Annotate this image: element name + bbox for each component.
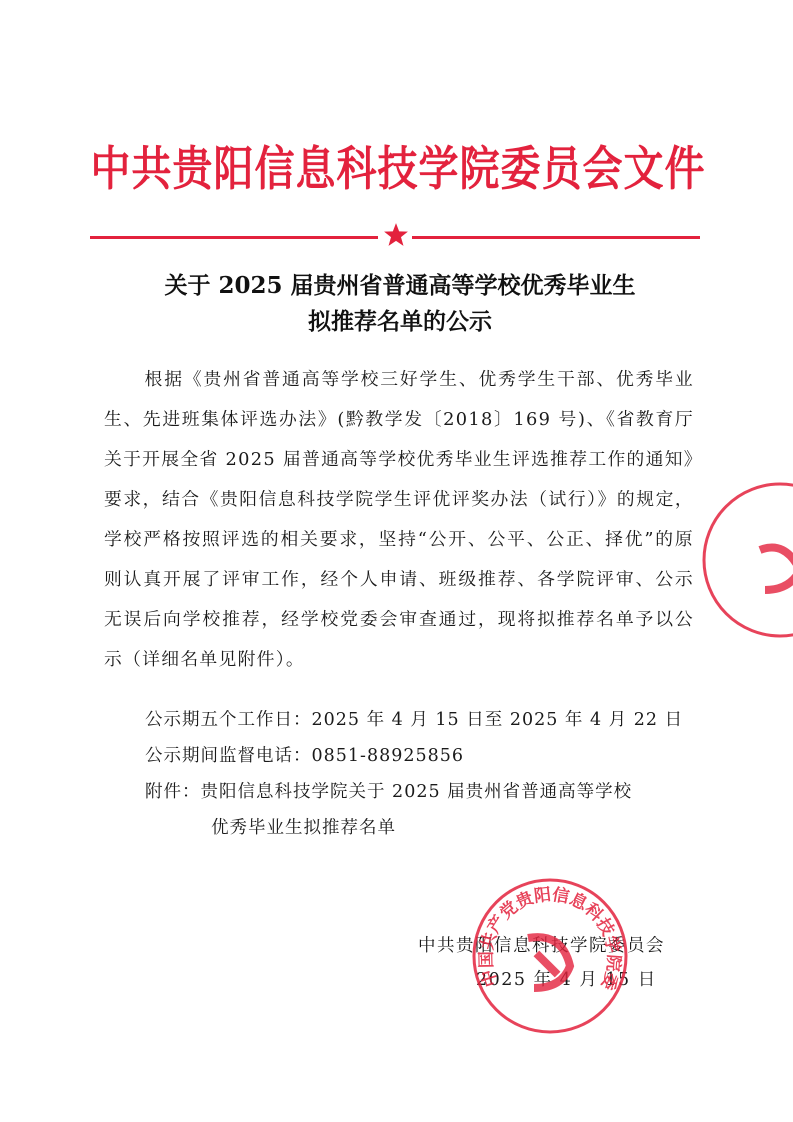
attachment-line1: 附件：贵阳信息科技学院关于 2025 届贵州省普通高等学校: [145, 778, 632, 806]
masthead-title: 中共贵阳信息科技学院委员会文件: [90, 132, 706, 208]
divider-line-right: [412, 236, 700, 239]
body-paragraph: 根据《贵州省普通高等学校三好学生、优秀学生干部、优秀毕业生、先进班集体评选办法》…: [104, 360, 694, 680]
signature-date: 2025 年 4 月 15 日: [476, 966, 657, 991]
document-title-line1: 关于 2025 届贵州省普通高等学校优秀毕业生: [100, 268, 700, 304]
attachment-line2: 优秀毕业生拟推荐名单: [211, 814, 396, 842]
party-seal-side-icon: [700, 480, 793, 640]
document-title-line2: 拟推荐名单的公示: [100, 304, 700, 340]
divider-line-left: [90, 236, 378, 239]
document-title: 关于 2025 届贵州省普通高等学校优秀毕业生 拟推荐名单的公示: [100, 268, 700, 340]
signature-organization: 中共贵阳信息科技学院委员会: [418, 932, 665, 957]
supervision-phone: 公示期间监督电话：0851-88925856: [145, 742, 464, 770]
star-icon: [383, 222, 409, 248]
body-paragraph-text: 根据《贵州省普通高等学校三好学生、优秀学生干部、优秀毕业生、先进班集体评选办法》…: [104, 369, 694, 670]
notice-period: 公示期五个工作日：2025 年 4 月 15 日至 2025 年 4 月 22 …: [145, 706, 683, 734]
